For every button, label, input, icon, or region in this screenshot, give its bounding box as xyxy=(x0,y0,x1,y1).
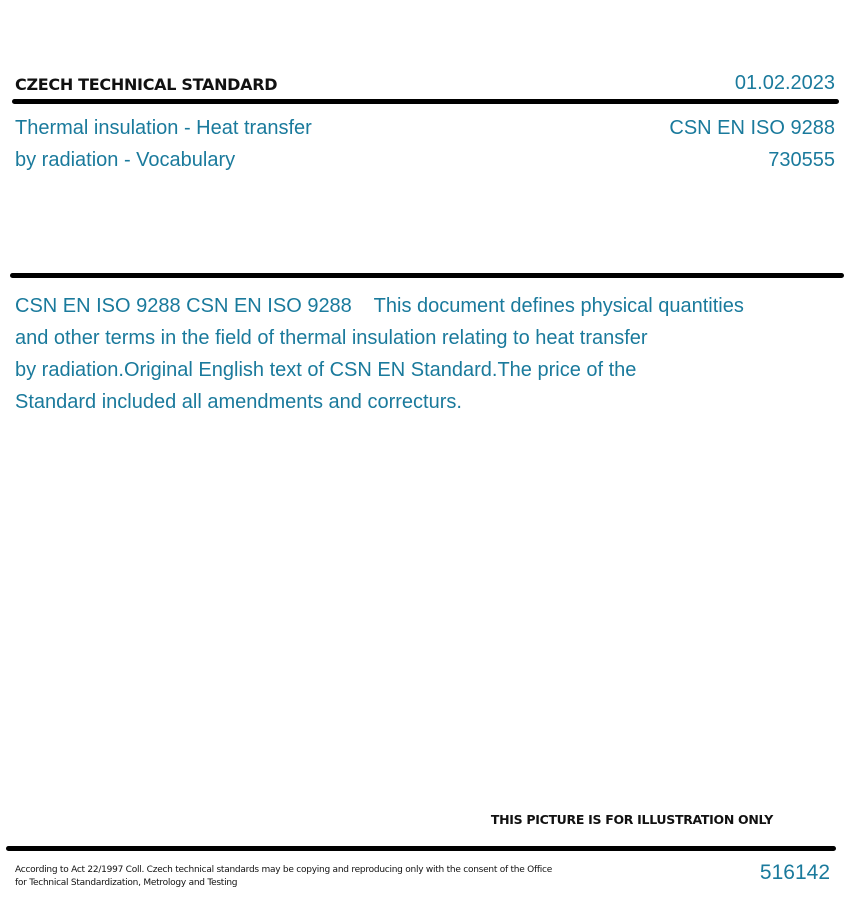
legal-notice-line: for Technical Standardization, Metrology… xyxy=(15,877,552,890)
abstract: CSN EN ISO 9288 CSN EN ISO 9288 This doc… xyxy=(15,290,815,418)
document-number: 516142 xyxy=(760,861,830,885)
standard-title-line-1: Thermal insulation - Heat transfer xyxy=(15,117,312,140)
footer-divider xyxy=(6,846,836,851)
standard-class-number: 730555 xyxy=(768,149,835,172)
document-category-title: CZECH TECHNICAL STANDARD xyxy=(15,75,277,94)
legal-notice-line: According to Act 22/1997 Coll. Czech tec… xyxy=(15,864,552,877)
header-divider xyxy=(12,99,839,104)
title-divider xyxy=(10,273,844,278)
illustration-note: THIS PICTURE IS FOR ILLUSTRATION ONLY xyxy=(491,812,773,827)
standard-title-line-2: by radiation - Vocabulary xyxy=(15,149,235,172)
standard-code: CSN EN ISO 9288 xyxy=(669,117,835,140)
abstract-line: CSN EN ISO 9288 CSN EN ISO 9288 This doc… xyxy=(15,290,815,322)
abstract-line: and other terms in the field of thermal … xyxy=(15,322,815,354)
legal-notice: According to Act 22/1997 Coll. Czech tec… xyxy=(15,864,552,890)
abstract-line: by radiation.Original English text of CS… xyxy=(15,354,815,386)
publication-date: 01.02.2023 xyxy=(735,72,835,95)
abstract-line: Standard included all amendments and cor… xyxy=(15,386,815,418)
